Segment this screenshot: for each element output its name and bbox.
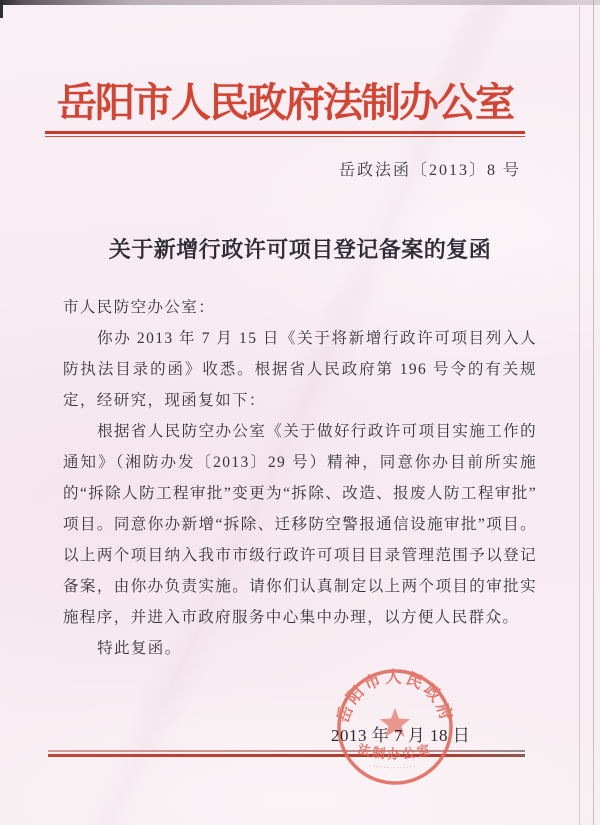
scan-edge-right	[593, 0, 594, 825]
document-body: 市人民防空办公室： 你办 2013 年 7 月 15 日《关于将新增行政许可项目…	[63, 292, 537, 664]
body-paragraph-1: 你办 2013 年 7 月 15 日《关于将新增行政许可项目列入人防执法目录的函…	[63, 323, 537, 416]
letterhead-title: 岳阳市人民政府法制办公室	[45, 71, 525, 128]
svg-text:·············: ·············	[373, 763, 418, 772]
doc-number: 岳政法函〔2013〕8 号	[45, 157, 521, 180]
document-date: 2013 年 7 月 18 日	[331, 721, 470, 746]
document-title: 关于新增行政许可项目登记备案的复函	[0, 233, 600, 264]
salutation: 市人民防空办公室：	[63, 292, 537, 323]
scan-edge-left	[0, 0, 3, 18]
paper-fold-edge	[579, 6, 580, 825]
seal-serial-microtext: ·············	[373, 763, 418, 772]
letterhead-divider	[45, 131, 525, 137]
body-paragraph-2: 根据省人民防空办公室《关于做好行政许可项目实施工作的通知》（湘防办发〔2013〕…	[63, 416, 537, 633]
scanned-document-page: 岳阳市人民政府法制办公室 岳政法函〔2013〕8 号 关于新增行政许可项目登记备…	[0, 0, 600, 825]
scan-edge-top	[0, 0, 600, 5]
